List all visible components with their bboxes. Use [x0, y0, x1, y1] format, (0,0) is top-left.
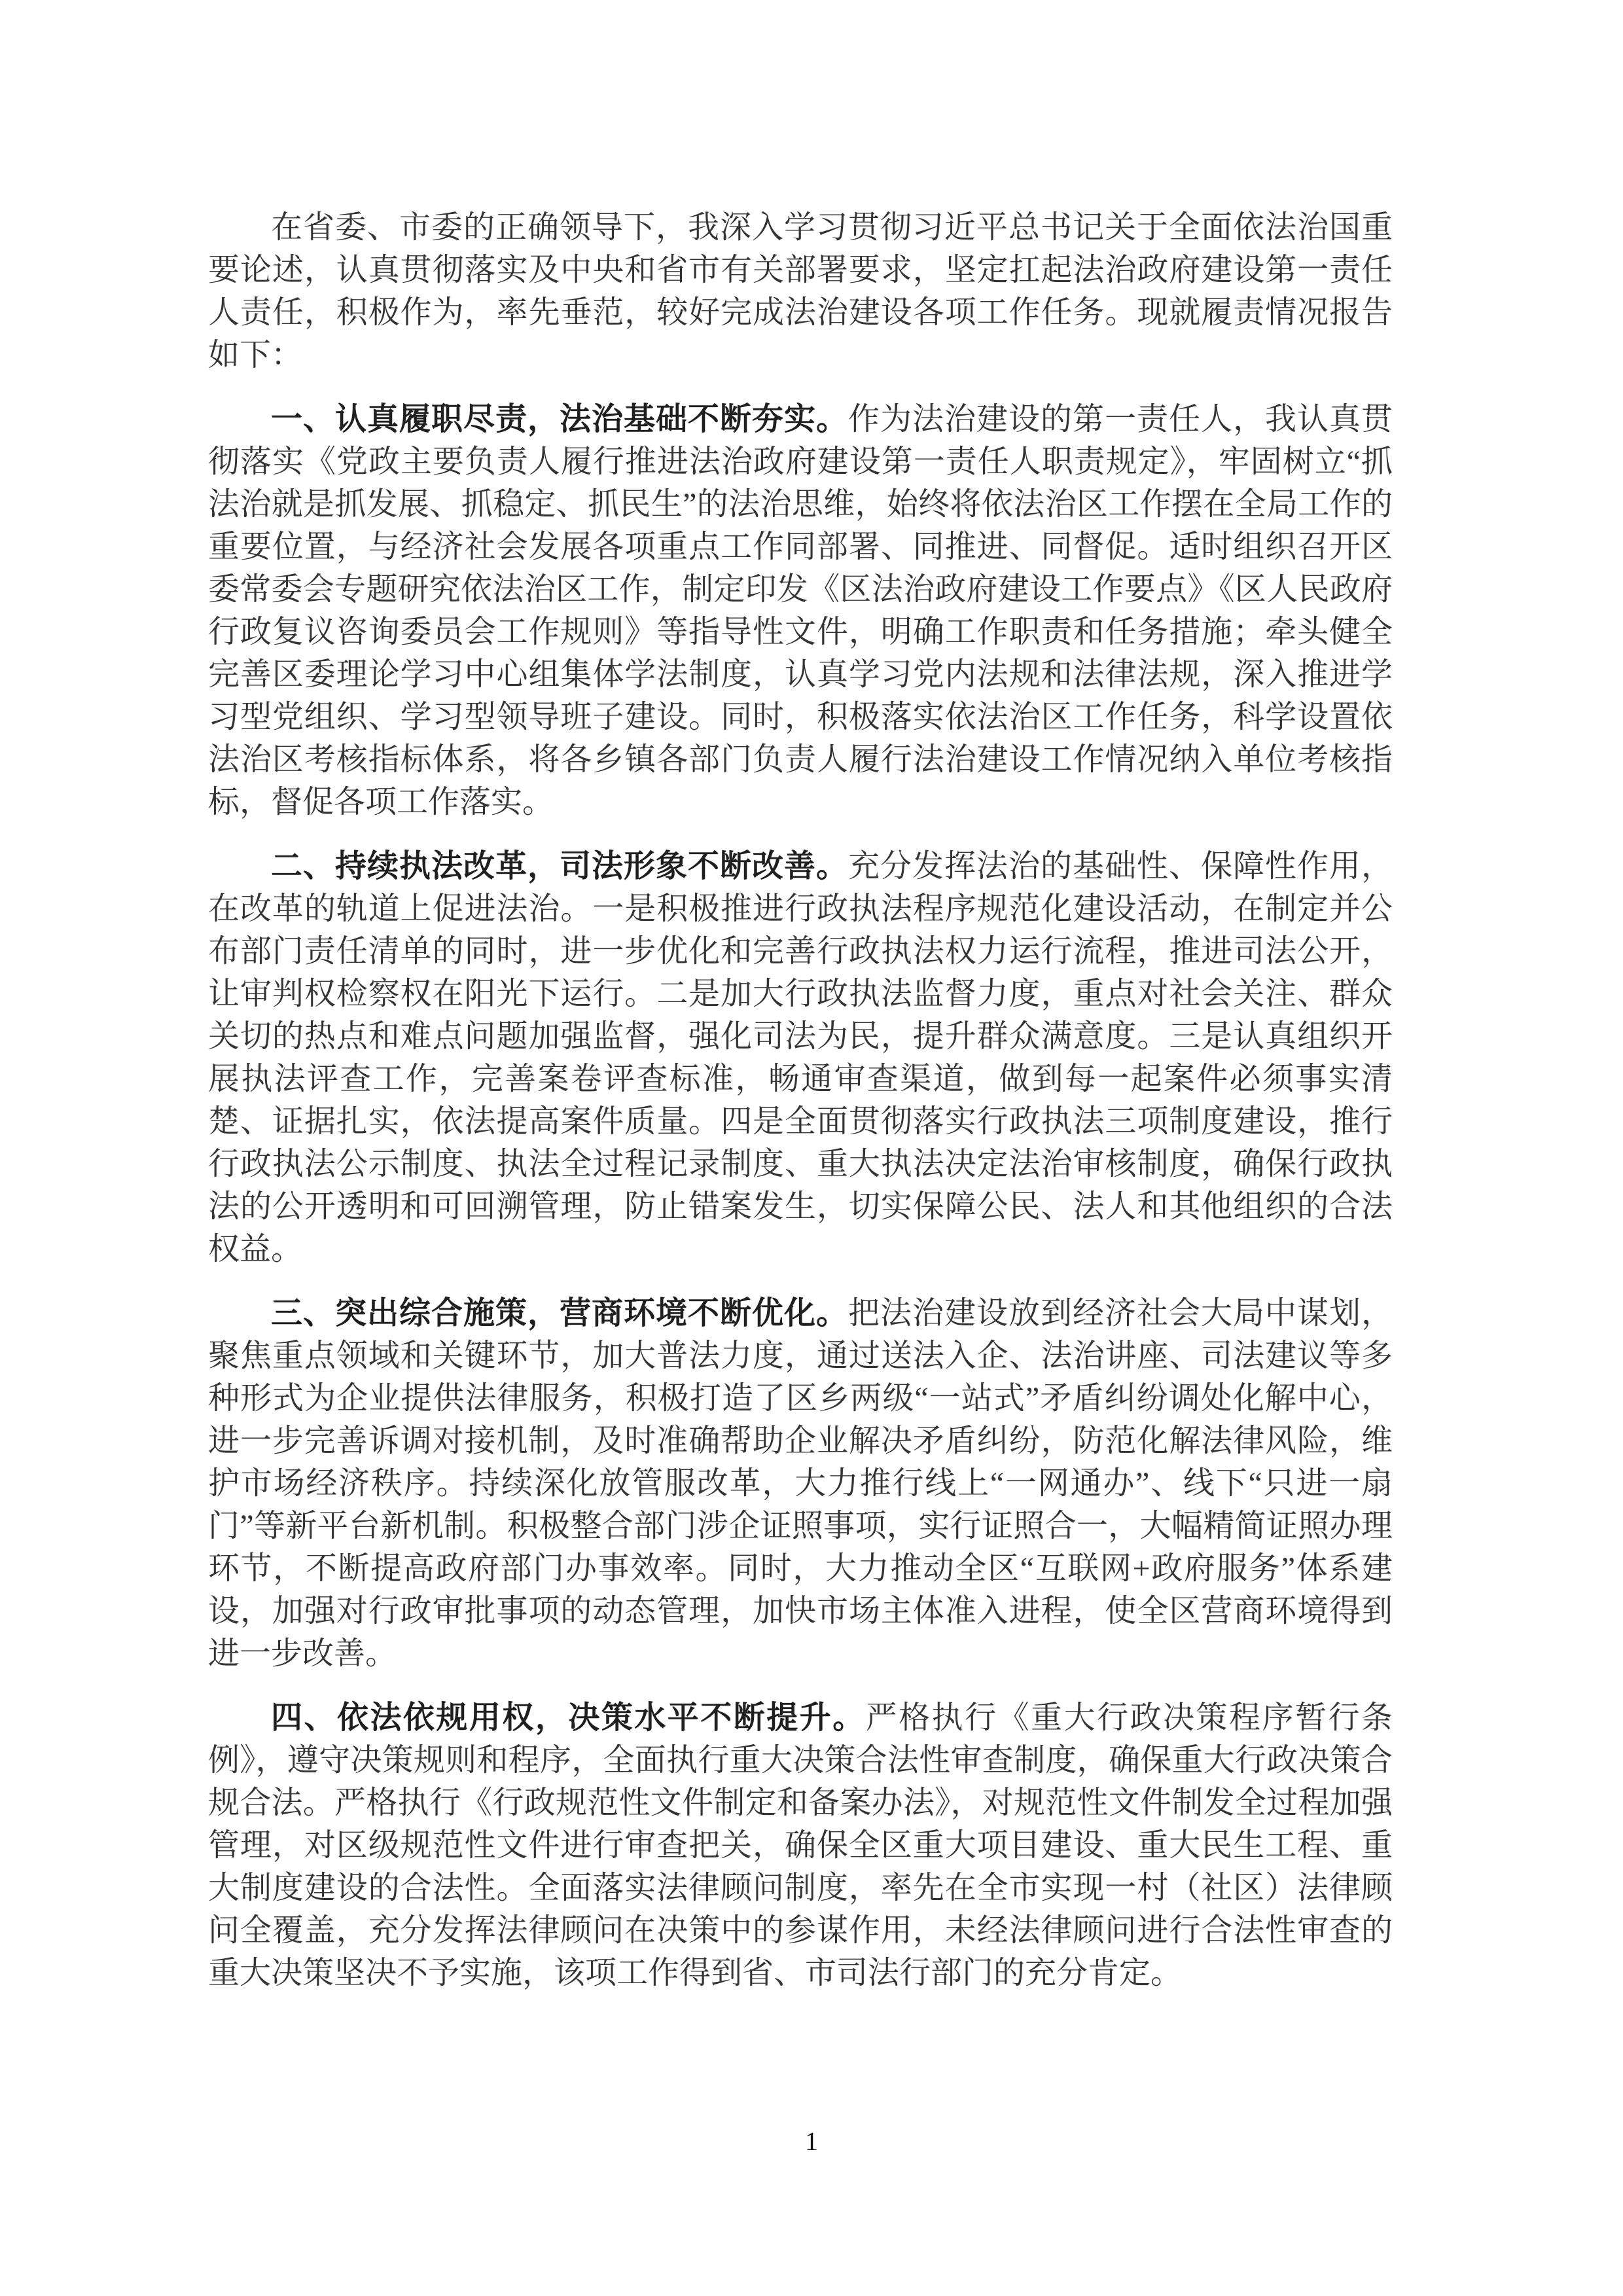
paragraph-section-3: 三、突出综合施策，营商环境不断优化。把法治建设放到经济社会大局中谋划，聚焦重点领…: [208, 1292, 1393, 1675]
section-1-heading: 一、认真履职尽责，法治基础不断夯实。: [271, 402, 848, 437]
paragraph-text: 作为法治建设的第一责任人，我认真贯彻落实《党政主要负责人履行推进法治政府建设第一…: [208, 402, 1393, 819]
paragraph-text: 严格执行《重大行政决策程序暂行条例》，遵守决策规则和程序，全面执行重大决策合法性…: [208, 1700, 1393, 1990]
section-4-heading: 四、依法依规用权，决策水平不断提升。: [271, 1700, 866, 1735]
section-2-heading: 二、持续执法改革，司法形象不断改善。: [271, 849, 848, 884]
page-number: 1: [0, 2126, 1623, 2157]
paragraph-section-1: 一、认真履职尽责，法治基础不断夯实。作为法治建设的第一责任人，我认真贯彻落实《党…: [208, 398, 1393, 823]
document-page: 在省委、市委的正确领导下，我深入学习贯彻习近平总书记关于全面依法治国重要论述，认…: [0, 0, 1623, 2296]
paragraph-section-2: 二、持续执法改革，司法形象不断改善。充分发挥法治的基础性、保障性作用，在改革的轨…: [208, 845, 1393, 1270]
section-3-heading: 三、突出综合施策，营商环境不断优化。: [271, 1296, 848, 1331]
paragraph-text: 把法治建设放到经济社会大局中谋划，聚焦重点领域和关键环节，加大普法力度，通过送法…: [208, 1296, 1393, 1671]
paragraph-text: 充分发挥法治的基础性、保障性作用，在改革的轨道上促进法治。一是积极推进行政执法程…: [208, 849, 1393, 1266]
paragraph-text: 在省委、市委的正确领导下，我深入学习贯彻习近平总书记关于全面依法治国重要论述，认…: [208, 210, 1393, 372]
paragraph-intro: 在省委、市委的正确领导下，我深入学习贯彻习近平总书记关于全面依法治国重要论述，认…: [208, 206, 1393, 376]
document-body: 在省委、市委的正确领导下，我深入学习贯彻习近平总书记关于全面依法治国重要论述，认…: [208, 206, 1393, 1994]
paragraph-section-4: 四、依法依规用权，决策水平不断提升。严格执行《重大行政决策程序暂行条例》，遵守决…: [208, 1696, 1393, 1994]
